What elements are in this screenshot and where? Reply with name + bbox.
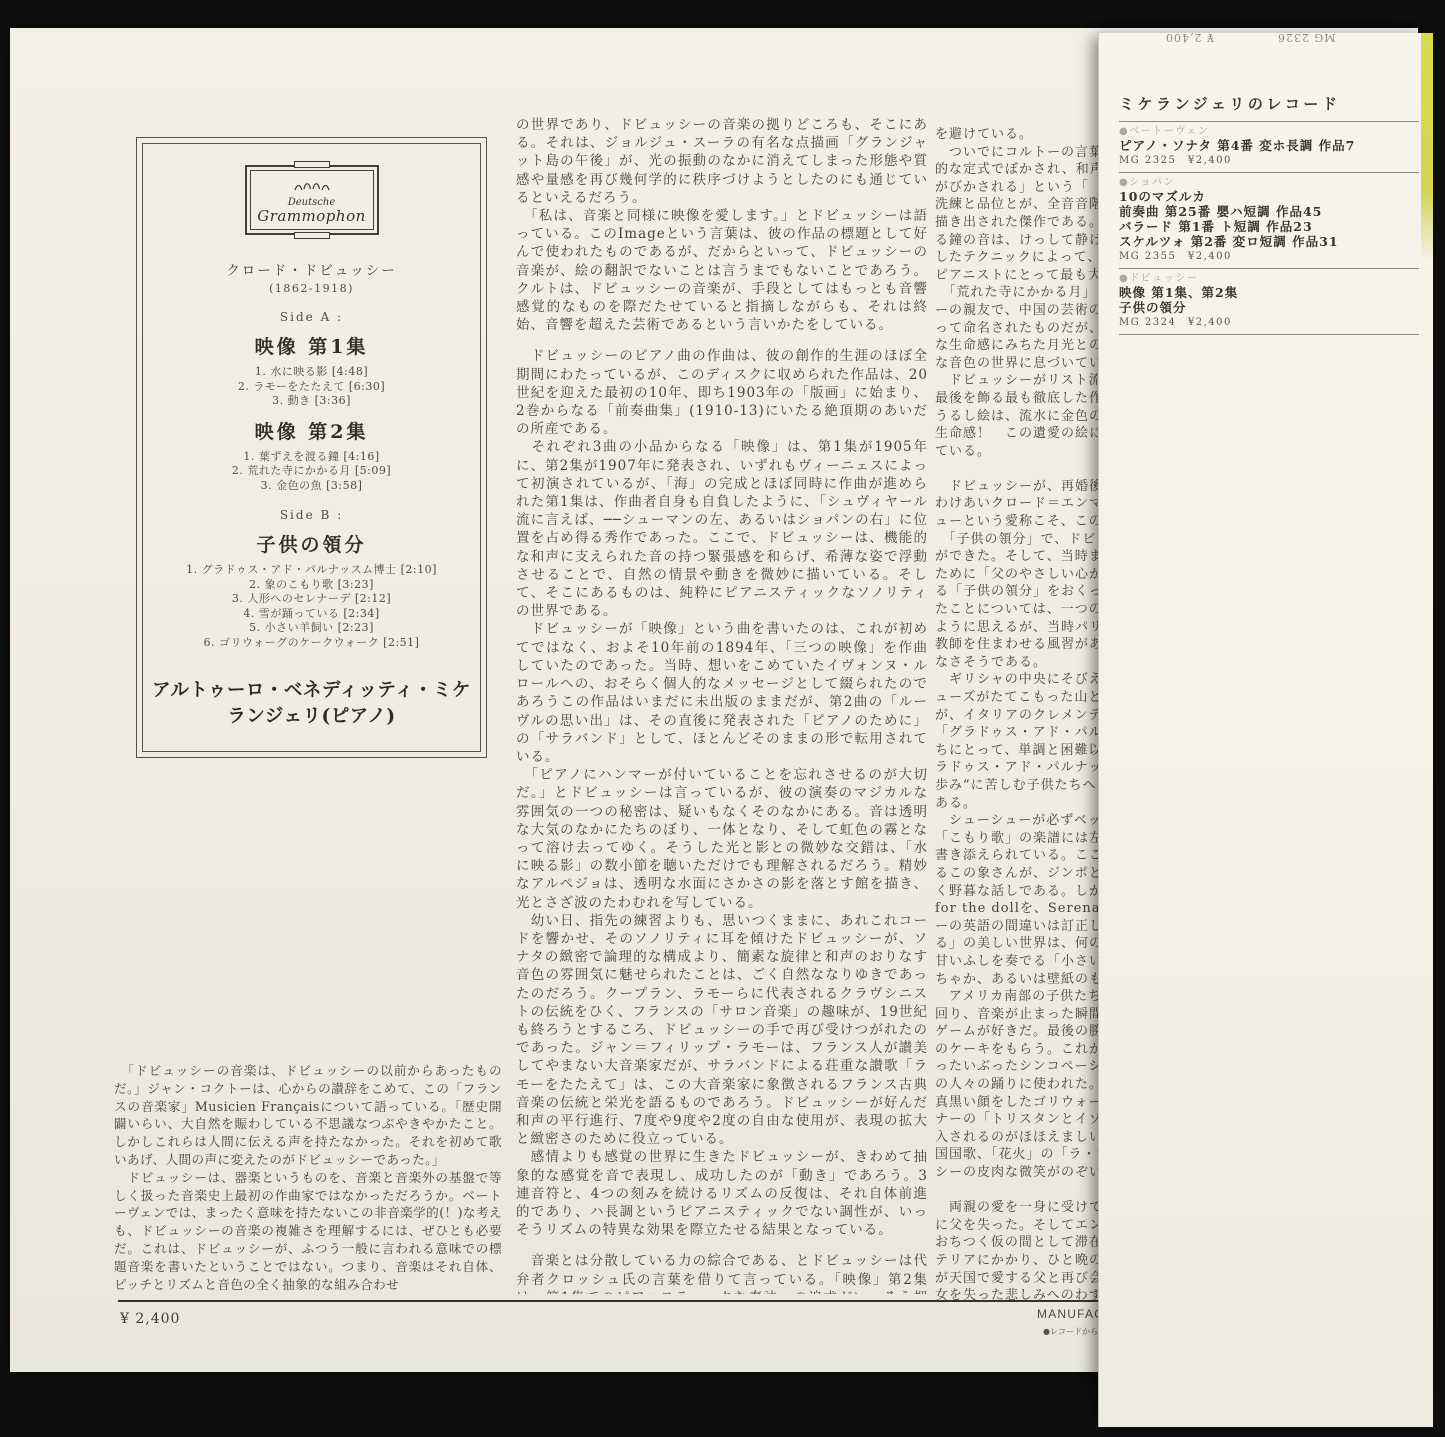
obi-content: ミケランジェリのレコード ●ベートーヴェンピアノ・ソナタ 第4番 変ホ長調 作品… [1119, 93, 1419, 335]
track-line: 3. 人形へのセレナーデ [2:12] [143, 592, 480, 607]
price-label: ¥ 2,400 [120, 1311, 180, 1327]
track-line: 2. 荒れた寺にかかる月 [5:09] [143, 464, 480, 479]
work-title: 子供の領分 [143, 530, 480, 557]
obi-record-list: ●ベートーヴェンピアノ・ソナタ 第4番 変ホ長調 作品7MG 2325 ¥2,4… [1119, 122, 1419, 335]
obi-strip: ¥ 2,400 MG 2326 ミケランジェリのレコード ●ベートーヴェンピアノ… [1098, 33, 1433, 1427]
obi-work-title: 子供の領分 [1119, 300, 1419, 315]
obi-title: ミケランジェリのレコード [1119, 93, 1419, 122]
deutsche-grammophon-logo: Deutsche Grammophon [245, 165, 379, 235]
track-line: 4. 雪が踊っている [2:34] [143, 607, 480, 622]
obi-work-title: 10のマズルカ [1119, 189, 1419, 204]
track-line: 6. ゴリウォーグのケークウォーク [2:51] [143, 636, 480, 651]
work-title: 映像 第2集 [143, 417, 480, 444]
obi-work-title: 映像 第1集、第2集 [1119, 285, 1419, 300]
track-list: 1. 水に映る影 [4:48]2. ラモーをたたえて [6:30]3. 動き [… [143, 365, 480, 409]
track-line: 1. 水に映る影 [4:48] [143, 365, 480, 380]
obi-composer-label: ●ベートーヴェン [1119, 126, 1419, 138]
dg-tulip-crest-icon [292, 177, 332, 196]
liner-paragraph: ドビュッシーは、器楽というものを、音楽と音楽外の基盤で等しく扱った音楽史上最初の… [114, 1169, 502, 1294]
liner-paragraph: 音楽とは分散している力の綜合である、とドビュッシーは代弁者クロッシュ氏の言葉を借… [516, 1252, 928, 1294]
obi-work-title: バラード 第1番 ト短調 作品23 [1119, 219, 1419, 234]
side-b-tracklist: Side B :子供の領分1. グラドゥス・アド・パルナッスム博士 [2:10]… [143, 508, 480, 650]
obi-section: ●ドビュッシー映像 第1集、第2集子供の領分MG 2324 ¥2,400 [1119, 269, 1419, 335]
side-label: Side A : [143, 310, 480, 324]
track-list: 1. 葉ずえを渡る鐘 [4:16]2. 荒れた寺にかかる月 [5:09]3. 金… [143, 450, 480, 494]
side-a-tracklist: Side A :映像 第1集1. 水に映る影 [4:48]2. ラモーをたたえて… [143, 310, 480, 493]
liner-paragraph: 「ドビュッシーの音楽は、ドビュッシーの以前からあったものだ。」ジャン・コクトーは… [114, 1062, 502, 1169]
liner-paragraph: の世界であり、ドビュッシーの音楽の拠りどころも、そこにある。それは、ジョルジュ・… [516, 116, 928, 207]
liner-notes-column-middle: の世界であり、ドビュッシーの音楽の拠りどころも、そこにある。それは、ジョルジュ・… [516, 116, 928, 1294]
tracklist-box-inner: Deutsche Grammophon クロード・ドビュッシー (1862-19… [142, 143, 481, 752]
obi-catalog-number: MG 2325 ¥2,400 [1119, 155, 1419, 166]
obi-yellow-edge [1421, 33, 1433, 261]
liner-paragraph: 幼い日、指先の練習よりも、思いつくままに、あれこれコードを響かせ、そのソノリティ… [516, 912, 928, 1149]
obi-catalog-number: MG 2324 ¥2,400 [1119, 317, 1419, 328]
track-line: 1. グラドゥス・アド・パルナッスム博士 [2:10] [143, 563, 480, 578]
photo-background: Deutsche Grammophon クロード・ドビュッシー (1862-19… [0, 0, 1445, 1437]
track-list: 1. グラドゥス・アド・パルナッスム博士 [2:10]2. 象のこもり歌 [3:… [143, 563, 480, 650]
obi-spine-catalog-rotated: MG 2326 [1277, 31, 1336, 44]
rights-notice-text: ●レコードから無 [1043, 1326, 1106, 1337]
obi-work-title: スケルツォ 第2番 変ロ短調 作品31 [1119, 234, 1419, 249]
obi-composer-label: ●ショパン [1119, 177, 1419, 189]
liner-paragraph: 「ピアノにハンマーが付いていることを忘れさせるのが大切だ。」とドビュッシーは言っ… [516, 766, 928, 912]
tracklist-box: Deutsche Grammophon クロード・ドビュッシー (1862-19… [136, 137, 487, 758]
liner-paragraph: 感情よりも感覚の世界に生きたドビュッシーが、きわめて抽象的な感覚を音で表現し、成… [516, 1148, 928, 1239]
obi-spine-price-rotated: ¥ 2,400 [1165, 31, 1214, 44]
liner-paragraph: ドビュッシーのピアノ曲の作曲は、彼の創作的生涯のほぼ全期間にわたっているが、この… [516, 347, 928, 438]
obi-section: ●ベートーヴェンピアノ・ソナタ 第4番 変ホ長調 作品7MG 2325 ¥2,4… [1119, 122, 1419, 173]
composer-name: クロード・ドビュッシー [143, 259, 480, 279]
side-label: Side B : [143, 508, 480, 522]
obi-work-title: ピアノ・ソナタ 第4番 変ホ長調 作品7 [1119, 138, 1419, 153]
track-line: 2. ラモーをたたえて [6:30] [143, 380, 480, 395]
track-line: 5. 小さい羊飼い [2:23] [143, 621, 480, 636]
work-title: 映像 第1集 [143, 332, 480, 359]
liner-paragraph: それぞれ3曲の小品からなる「映像」は、第1集が1905年に、第2集が1907年に… [516, 438, 928, 620]
obi-work-title: 前奏曲 第25番 嬰ハ短調 作品45 [1119, 204, 1419, 219]
obi-composer-label: ●ドビュッシー [1119, 273, 1419, 285]
brand-word-deutsche: Deutsche [288, 198, 336, 208]
track-line: 1. 葉ずえを渡る鐘 [4:16] [143, 450, 480, 465]
track-line: 3. 動き [3:36] [143, 394, 480, 409]
track-line: 2. 象のこもり歌 [3:23] [143, 578, 480, 593]
footer-divider-rule [118, 1300, 1106, 1302]
liner-paragraph: ドビュッシーが「映像」という曲を書いたのは、これが初めてではなく、およそ10年前… [516, 620, 928, 766]
obi-section: ●ショパン10のマズルカ前奏曲 第25番 嬰ハ短調 作品45バラード 第1番 ト… [1119, 173, 1419, 269]
brand-word-grammophon: Grammophon [257, 208, 366, 224]
liner-notes-column-left: 「ドビュッシーの音楽は、ドビュッシーの以前からあったものだ。」ジャン・コクトーは… [114, 1062, 502, 1302]
artist-name: アルトゥーロ・ベネディッティ・ミケランジェリ(ピアノ) [143, 676, 480, 728]
liner-paragraph: 「私は、音楽と同様に映像を愛します。」とドビュッシーは語っている。このImage… [516, 207, 928, 334]
obi-catalog-number: MG 2355 ¥2,400 [1119, 251, 1419, 262]
track-line: 3. 金色の魚 [3:58] [143, 479, 480, 494]
composer-dates: (1862-1918) [143, 282, 480, 295]
